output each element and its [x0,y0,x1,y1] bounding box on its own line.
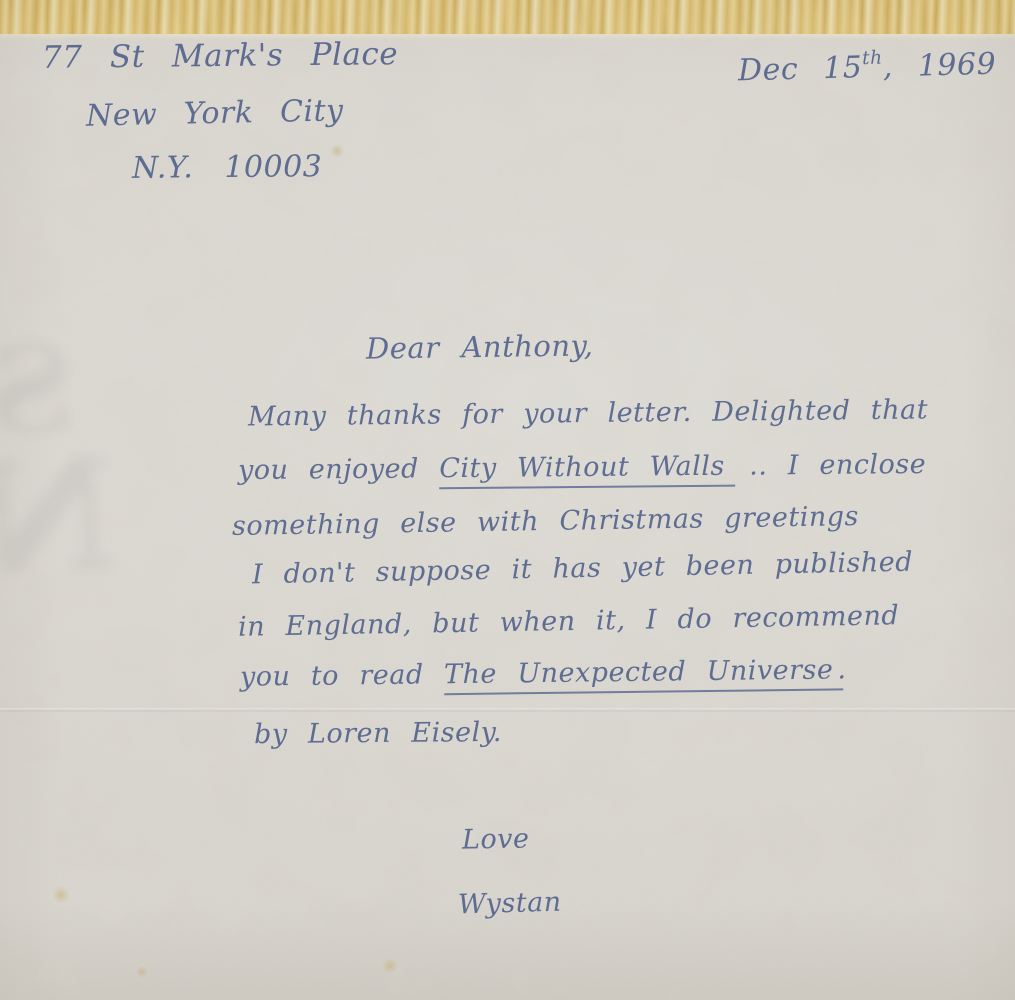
body-line-6: you to read The Unexpected Universe. [240,654,847,692]
salutation: Dear Anthony, [366,328,594,365]
sender-address-line-2: New York City [86,93,344,133]
body-line-1: Many thanks for your letter. Delighted t… [248,394,928,432]
body-line-6-post: . [837,654,846,685]
letter-date: Dec 15th, 1969 [738,47,997,89]
sender-address-line-1: 77 St Mark's Place [42,36,398,76]
body-line-3: something else with Christmas greetings [232,501,859,542]
signature: Wystan [458,887,562,921]
book-title-unexpected-universe: The Unexpected Universe [444,654,844,695]
body-line-4: I don't suppose it has yet been publishe… [252,547,913,591]
age-spot [136,966,148,978]
age-spot [330,144,344,158]
show-through-ghost: S [0,318,78,464]
show-through-ghost: N [0,426,120,609]
sender-address-line-3: N.Y. 10003 [132,149,323,186]
age-spot [52,886,70,904]
book-title-city-without-walls: City Without Walls [439,451,735,490]
letter-scan: S N 77 St Mark's Place New York City N.Y… [0,0,1015,1000]
body-line-5: in England, but when it, I do recommend [238,600,900,643]
body-line-2-pre: you enjoyed [238,453,440,486]
date-main: Dec 15 [738,50,863,88]
body-line-2: you enjoyed City Without Walls .. I encl… [238,449,926,486]
age-spot [382,958,398,974]
body-line-6-pre: you to read [240,659,444,692]
body-line-7: by Loren Eisely. [254,717,502,750]
fold-crease [0,708,1015,712]
closing: Love [462,823,530,855]
decorative-gold-band [0,0,1015,34]
date-ordinal-superscript: th [862,48,883,70]
body-line-2-post: .. I enclose [729,449,927,482]
date-year: , 1969 [882,47,996,85]
